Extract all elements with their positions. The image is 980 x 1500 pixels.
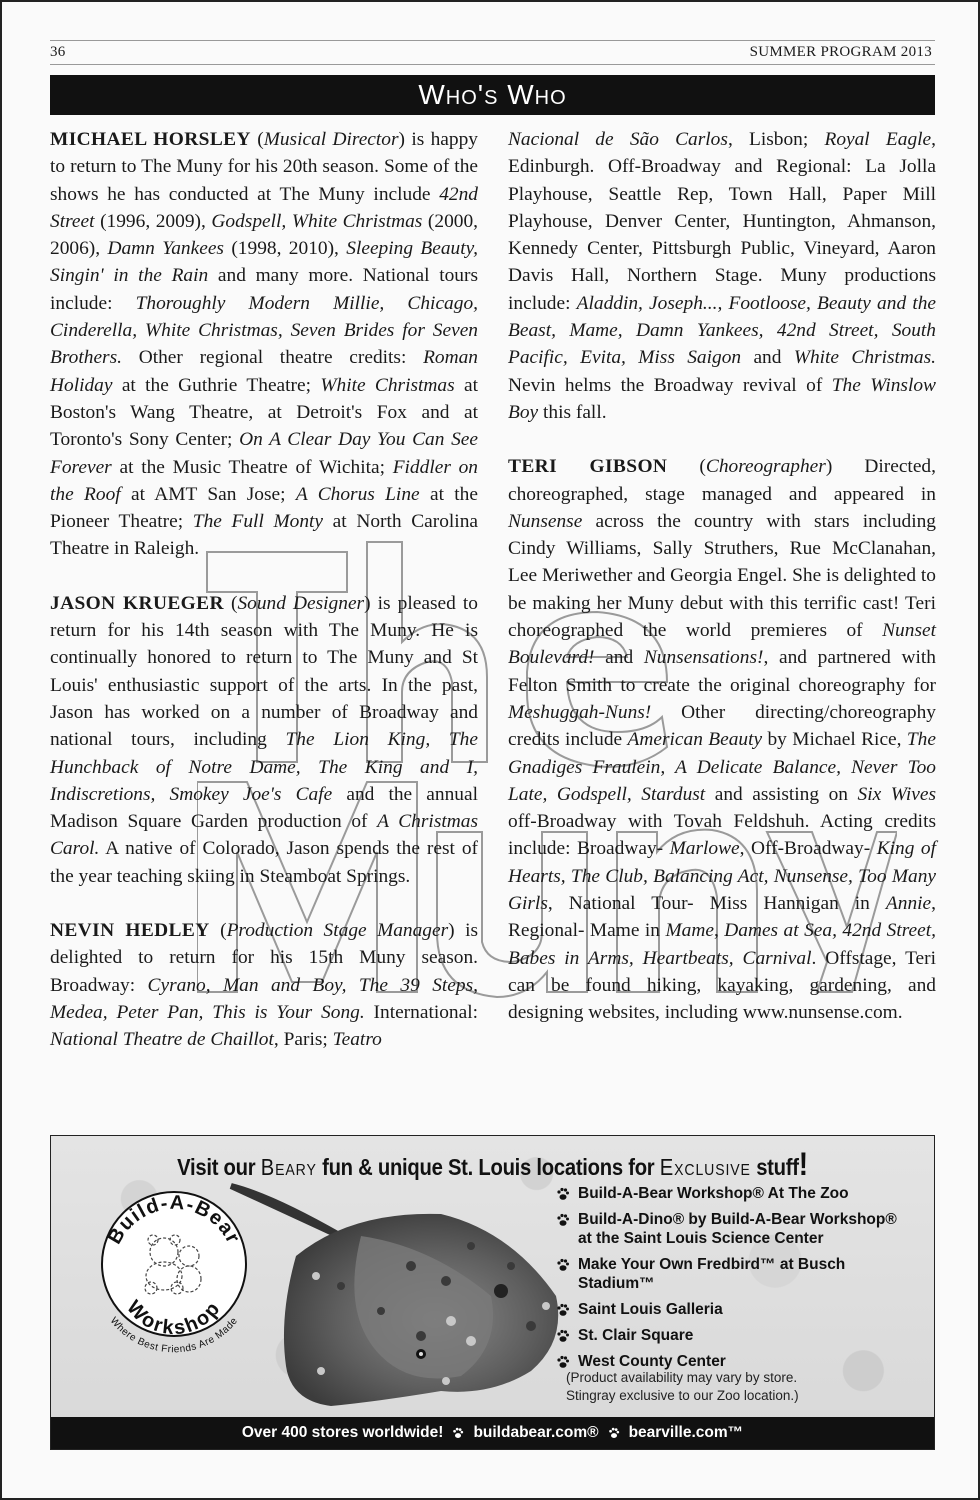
store-locations-list: Build-A-Bear Workshop® At The Zoo Build-… — [556, 1184, 926, 1378]
paw-icon — [556, 1329, 570, 1343]
bio-michael-horsley: MICHAEL HORSLEY (Musical Director) is ha… — [50, 126, 478, 563]
paw-icon — [452, 1427, 464, 1439]
show-title: Dames at Sea, 42nd Street, Babes in Arms… — [508, 920, 936, 968]
location-name: Build-A-Dino® by Build-A-Bear Workshop® — [578, 1210, 897, 1229]
paw-icon — [556, 1187, 570, 1201]
bios-columns: MICHAEL HORSLEY (Musical Director) is ha… — [50, 126, 935, 1111]
ad-headline-bang: ! — [799, 1146, 808, 1182]
location-name: Build-A-Bear Workshop® At The Zoo — [578, 1184, 849, 1203]
show-title: National Theatre de Chaillot — [50, 1029, 274, 1050]
location-name: Saint Louis Galleria — [578, 1300, 723, 1319]
show-title: Six Wives — [858, 784, 936, 805]
show-title: A Christmas Carol. — [50, 811, 478, 859]
show-title: A Chorus Line — [296, 484, 420, 505]
bio-nevin-hedley-continued: Nacional de São Carlos, Lisbon; Royal Ea… — [508, 126, 936, 426]
bio-name: MICHAEL HORSLEY — [50, 129, 251, 150]
bio-role: Musical Director — [264, 129, 399, 150]
paw-icon — [608, 1427, 620, 1439]
paw-icon — [556, 1213, 570, 1227]
show-title: The Lion King, The Hunchback of Notre Da… — [50, 729, 478, 805]
show-title: Nacional de São Carlos — [508, 129, 728, 150]
location-item: Build-A-Bear Workshop® At The Zoo — [556, 1184, 926, 1203]
bio-teri-gibson: TERI GIBSON (Choreographer) Directed, ch… — [508, 453, 936, 1026]
show-title: Mame — [665, 920, 713, 941]
bio-nevin-hedley: NEVIN HEDLEY (Production Stage Manager) … — [50, 917, 478, 1053]
build-a-bear-advertisement: Visit our Beary fun & unique St. Louis l… — [50, 1135, 935, 1450]
show-title: Cyrano, Man and Boy, The 39 Steps, Medea… — [50, 975, 478, 1023]
show-title: Nunsensations! — [644, 647, 764, 668]
stingray-plush-image — [211, 1176, 591, 1416]
paw-icon — [556, 1355, 570, 1369]
page: 36 SUMMER PROGRAM 2013 Who's Who MICHAEL… — [0, 0, 980, 1500]
show-title: Nunsense — [508, 511, 582, 532]
show-title: Thoroughly Modern Millie, Chicago, Cinde… — [50, 293, 478, 369]
header-rule — [50, 64, 935, 65]
bearville-link[interactable]: bearville.com™ — [629, 1424, 744, 1442]
buildabear-link[interactable]: buildabear.com® — [473, 1424, 598, 1442]
bio-name: NEVIN HEDLEY — [50, 920, 210, 941]
disclaimer-line: (Product availability may vary by store. — [566, 1369, 906, 1387]
ad-disclaimer: (Product availability may vary by store.… — [566, 1369, 906, 1405]
bio-name: JASON KRUEGER — [50, 593, 224, 614]
location-subtitle: at the Saint Louis Science Center — [578, 1229, 897, 1248]
running-head: SUMMER PROGRAM 2013 — [750, 44, 932, 61]
bio-role: Choreographer — [706, 456, 826, 477]
location-item: Saint Louis Galleria — [556, 1300, 926, 1319]
show-title: American Beauty — [628, 729, 763, 750]
location-name: St. Clair Square — [578, 1326, 693, 1345]
show-title: Damn Yankees — [107, 238, 224, 259]
ad-footer-bar: Over 400 stores worldwide! buildabear.co… — [51, 1417, 934, 1449]
bio-jason-krueger: JASON KRUEGER (Sound Designer) is please… — [50, 590, 478, 890]
ad-headline-exclusive: Exclusive — [660, 1154, 751, 1180]
paw-icon — [556, 1258, 570, 1272]
location-name: Make Your Own Fredbird™ at Busch Stadium… — [578, 1255, 926, 1293]
location-item: Build-A-Dino® by Build-A-Bear Workshop®a… — [556, 1210, 926, 1248]
bio-name: TERI GIBSON — [508, 456, 667, 477]
show-title: The Winslow Boy — [508, 375, 936, 423]
column-right: Nacional de São Carlos, Lisbon; Royal Ea… — [508, 126, 936, 1054]
show-title: Meshuggah-Nuns! — [508, 702, 651, 723]
section-title: Who's Who — [418, 79, 566, 111]
bio-role: Sound Designer — [237, 593, 364, 614]
ad-headline-text: stuff — [751, 1154, 799, 1180]
show-title: Annie — [886, 893, 931, 914]
show-title: Teatro — [333, 1029, 382, 1050]
location-item: St. Clair Square — [556, 1326, 926, 1345]
column-left: MICHAEL HORSLEY (Musical Director) is ha… — [50, 126, 478, 1081]
location-item: Make Your Own Fredbird™ at Busch Stadium… — [556, 1255, 926, 1293]
header-rule — [50, 40, 935, 41]
store-count-text: Over 400 stores worldwide! — [242, 1424, 444, 1442]
show-title: Royal Eagle — [824, 129, 931, 150]
section-banner: Who's Who — [50, 75, 935, 115]
show-title: White Christmas. — [794, 347, 936, 368]
show-title: The Full Monty — [193, 511, 323, 532]
bio-role: Production Stage Manager — [227, 920, 449, 941]
paw-icon — [556, 1303, 570, 1317]
disclaimer-line: Stingray exclusive to our Zoo location.) — [566, 1387, 906, 1405]
show-title: Marlowe — [670, 838, 740, 859]
build-a-bear-logo-icon: Build-A-Bear Workshop Where Best Friends… — [89, 1184, 259, 1354]
show-title: White Christmas — [320, 375, 454, 396]
page-number: 36 — [50, 44, 65, 61]
show-title: Godspell, White Christmas — [211, 211, 422, 232]
